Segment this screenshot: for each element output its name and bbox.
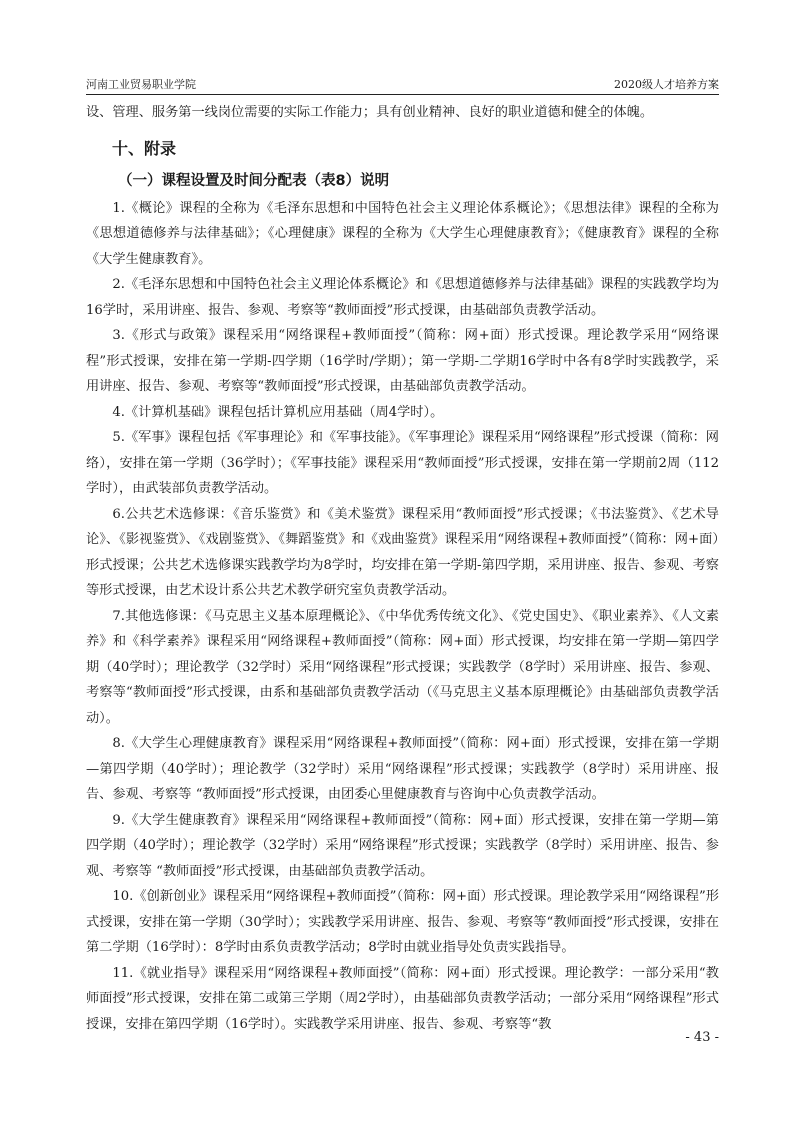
header-doc-title: 2020级人才培养方案 xyxy=(614,76,719,92)
paragraph-9: 9.《大学生健康教育》课程采用“网络课程+教师面授”（简称：网+面）形式授课，安… xyxy=(86,808,719,885)
paragraph-3: 3.《形式与政策》课程采用“网络课程+教师面授”（简称：网+面）形式授课。理论教… xyxy=(86,323,719,400)
paragraph-4: 4.《计算机基础》课程包括计算机应用基础（周4学时）。 xyxy=(86,400,719,426)
page-header: 河南工业贸易职业学院 2020级人才培养方案 xyxy=(86,72,719,95)
page-number: - 43 - xyxy=(685,1030,719,1045)
continuation-paragraph: 设、管理、服务第一线岗位需要的实际工作能力；具有创业精神、良好的职业道德和健全的… xyxy=(86,100,719,126)
paragraph-5: 5.《军事》课程包括《军事理论》和《军事技能》。《军事理论》课程采用“网络课程”… xyxy=(86,425,719,502)
subsection-title: （一）课程设置及时间分配表（表8）说明 xyxy=(118,168,719,194)
paragraph-2: 2.《毛泽东思想和中国特色社会主义理论体系概论》和《思想道德修养与法律基础》课程… xyxy=(86,272,719,323)
paragraph-1: 1.《概论》课程的全称为《毛泽东思想和中国特色社会主义理论体系概论》；《思想法律… xyxy=(86,196,719,273)
paragraph-10: 10.《创新创业》课程采用“网络课程+教师面授”（简称：网+面）形式授课。理论教… xyxy=(86,884,719,961)
paragraph-8: 8.《大学生心理健康教育》课程采用“网络课程+教师面授”（简称：网+面）形式授课… xyxy=(86,731,719,808)
paragraph-6: 6.公共艺术选修课：《音乐鉴赏》和《美术鉴赏》课程采用“教师面授”形式授课；《书… xyxy=(86,502,719,604)
paragraph-7: 7.其他选修课：《马克思主义基本原理概论》、《中华优秀传统文化》、《党史国史》、… xyxy=(86,604,719,732)
paragraph-11: 11.《就业指导》课程采用“网络课程+教师面授”（简称：网+面）形式授课。理论教… xyxy=(86,961,719,1038)
header-institution: 河南工业贸易职业学院 xyxy=(86,76,196,92)
page-content: 设、管理、服务第一线岗位需要的实际工作能力；具有创业精神、良好的职业道德和健全的… xyxy=(86,100,719,1037)
section-title: 十、附录 xyxy=(112,136,719,162)
